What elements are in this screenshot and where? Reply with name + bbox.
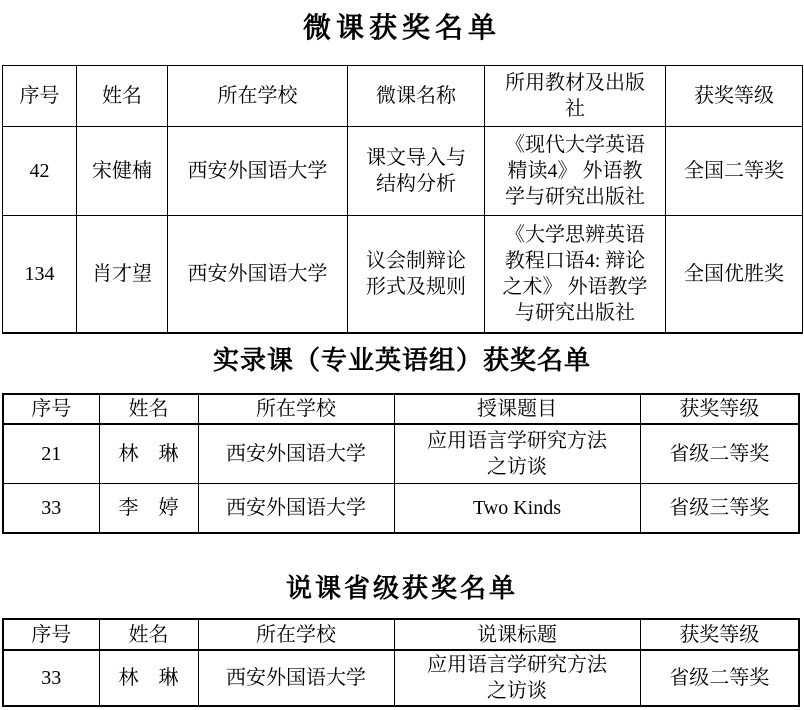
cell-serial: 42 — [3, 127, 77, 216]
cell-textbook-publisher: 《现代大学英语 精读4》 外语教 学与研究出版社 — [485, 127, 666, 216]
col-header-name: 姓名 — [99, 619, 198, 650]
col-header-course-title: 微课名称 — [348, 66, 485, 127]
col-header-name: 姓名 — [77, 66, 168, 127]
cell-serial: 33 — [3, 483, 99, 533]
cell-school: 西安外国语大学 — [198, 483, 394, 533]
cell-school: 西安外国语大学 — [198, 424, 394, 483]
cell-name: 李 婷 — [99, 483, 198, 533]
table-header-row: 序号 姓名 所在学校 说课标题 获奖等级 — [3, 619, 799, 650]
cell-serial: 33 — [3, 650, 99, 706]
section-title-recorded-class-awards: 实录课（专业英语组）获奖名单 — [0, 344, 804, 378]
section-title-lecture-provincial-awards: 说课省级获奖名单 — [0, 572, 804, 606]
table-header-row: 序号 姓名 所在学校 微课名称 所用教材及出版 社 获奖等级 — [3, 66, 803, 127]
cell-school: 西安外国语大学 — [168, 127, 348, 216]
col-header-school: 所在学校 — [168, 66, 348, 127]
cell-textbook-publisher: 《大学思辨英语 教程口语4: 辩论 之术》 外语教学 与研究出版社 — [485, 216, 666, 333]
section-title-micro-course-awards: 微课获奖名单 — [0, 12, 804, 46]
cell-school: 西安外国语大学 — [198, 650, 394, 706]
col-header-textbook-publisher: 所用教材及出版 社 — [485, 66, 666, 127]
cell-course-title: 课文导入与 结构分析 — [348, 127, 485, 216]
cell-award-level: 省级二等奖 — [640, 650, 799, 706]
cell-lecture-title: 应用语言学研究方法 之访谈 — [394, 650, 640, 706]
lecture-provincial-award-table: 序号 姓名 所在学校 说课标题 获奖等级 33 林 琳 西安外国语大学 应用语言… — [2, 618, 800, 707]
cell-name: 肖才望 — [77, 216, 168, 333]
col-header-school: 所在学校 — [198, 394, 394, 424]
cell-award-level: 全国二等奖 — [666, 127, 803, 216]
table-row: 21 林 琳 西安外国语大学 应用语言学研究方法 之访谈 省级二等奖 — [3, 424, 799, 483]
table-row: 33 林 琳 西安外国语大学 应用语言学研究方法 之访谈 省级二等奖 — [3, 650, 799, 706]
cell-award-level: 全国优胜奖 — [666, 216, 803, 333]
cell-serial: 21 — [3, 424, 99, 483]
document-page: 微课获奖名单 序号 姓名 所在学校 微课名称 所用教材及出版 社 获奖等级 42… — [0, 0, 804, 710]
col-header-award-level: 获奖等级 — [640, 619, 799, 650]
micro-course-award-table: 序号 姓名 所在学校 微课名称 所用教材及出版 社 获奖等级 42 宋健楠 西安… — [2, 65, 803, 334]
cell-award-level: 省级二等奖 — [640, 424, 799, 483]
cell-name: 林 琳 — [99, 424, 198, 483]
recorded-class-award-table: 序号 姓名 所在学校 授课题目 获奖等级 21 林 琳 西安外国语大学 应用语言… — [2, 393, 800, 534]
cell-course-title: 议会制辩论 形式及规则 — [348, 216, 485, 333]
col-header-school: 所在学校 — [198, 619, 394, 650]
table-header-row: 序号 姓名 所在学校 授课题目 获奖等级 — [3, 394, 799, 424]
col-header-award-level: 获奖等级 — [666, 66, 803, 127]
cell-name: 林 琳 — [99, 650, 198, 706]
col-header-serial: 序号 — [3, 66, 77, 127]
table-row: 33 李 婷 西安外国语大学 Two Kinds 省级三等奖 — [3, 483, 799, 533]
col-header-serial: 序号 — [3, 619, 99, 650]
col-header-lecture-topic: 授课题目 — [394, 394, 640, 424]
cell-serial: 134 — [3, 216, 77, 333]
col-header-name: 姓名 — [99, 394, 198, 424]
cell-school: 西安外国语大学 — [168, 216, 348, 333]
col-header-award-level: 获奖等级 — [640, 394, 799, 424]
table-row: 134 肖才望 西安外国语大学 议会制辩论 形式及规则 《大学思辨英语 教程口语… — [3, 216, 803, 333]
col-header-lecture-title: 说课标题 — [394, 619, 640, 650]
cell-lecture-topic: Two Kinds — [394, 483, 640, 533]
col-header-serial: 序号 — [3, 394, 99, 424]
cell-lecture-topic: 应用语言学研究方法 之访谈 — [394, 424, 640, 483]
table-row: 42 宋健楠 西安外国语大学 课文导入与 结构分析 《现代大学英语 精读4》 外… — [3, 127, 803, 216]
cell-name: 宋健楠 — [77, 127, 168, 216]
cell-award-level: 省级三等奖 — [640, 483, 799, 533]
